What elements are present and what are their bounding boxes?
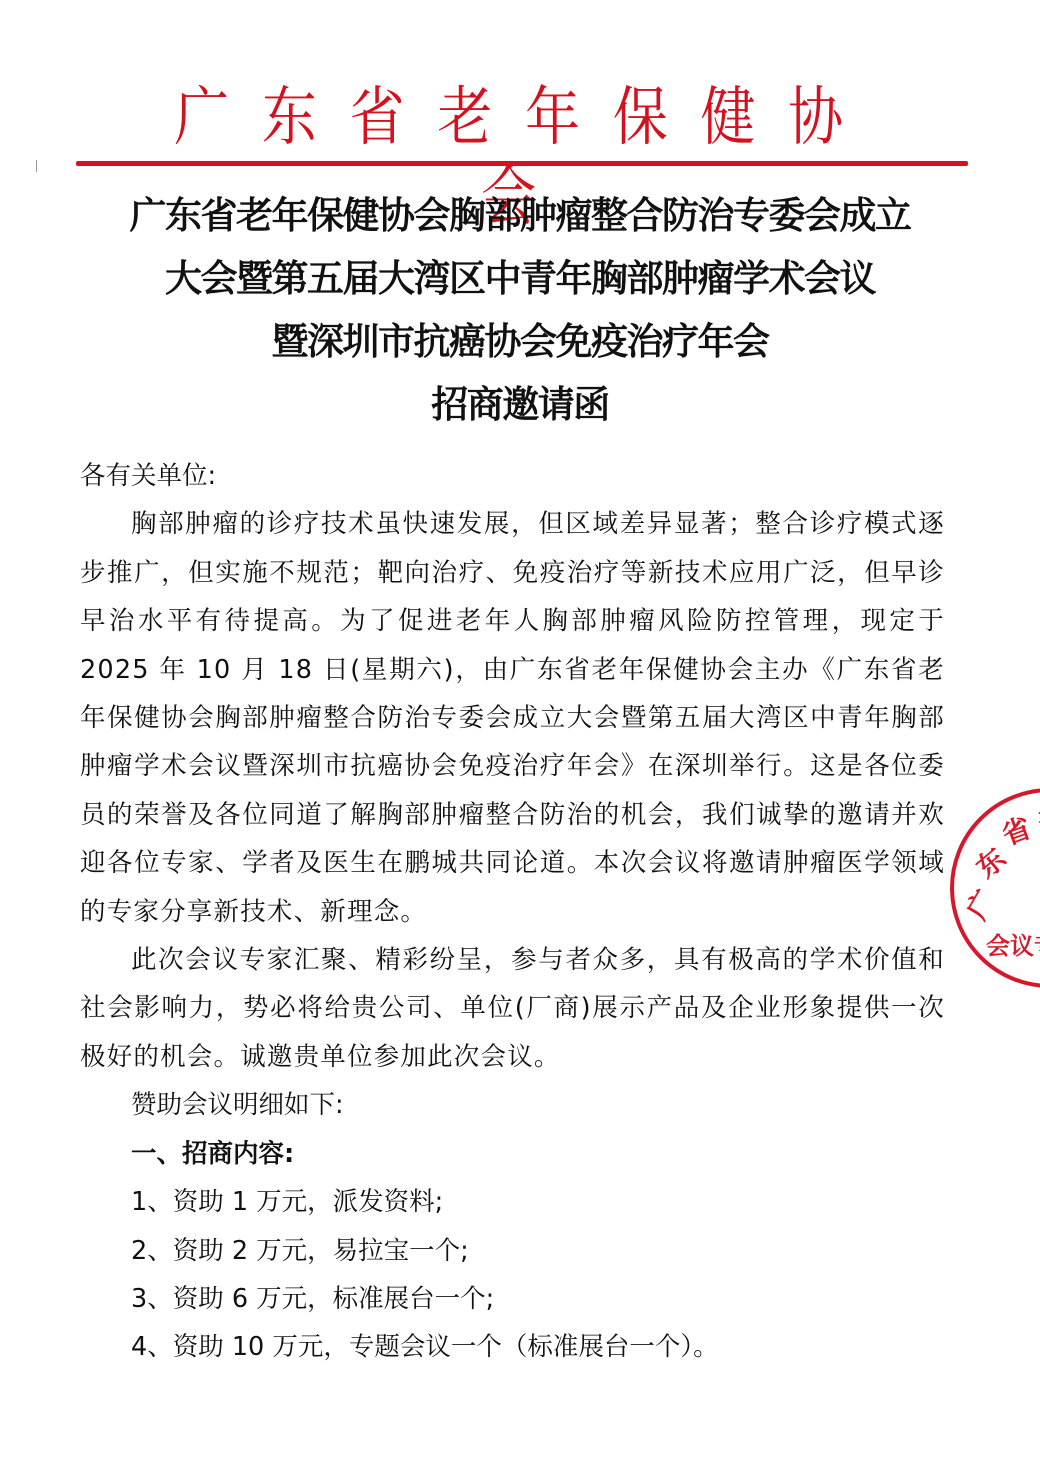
sponsor-intro: 赞助会议明细如下:	[80, 1081, 945, 1129]
section-heading: 一、招商内容:	[80, 1130, 945, 1178]
sponsor-item-3: 3、资助 6 万元，标准展台一个;	[80, 1275, 945, 1323]
document-body: 各有关单位: 胸部肿瘤的诊疗技术虽快速发展，但区域差异显著；整合诊疗模式逐步推广…	[80, 452, 945, 1372]
title-line-1: 广东省老年保健协会胸部肿瘤整合防治专委会成立	[60, 184, 980, 247]
title-line-2: 大会暨第五届大湾区中青年胸部肿瘤学术会议	[60, 247, 980, 310]
title-line-3: 暨深圳市抗癌协会免疫治疗年会	[60, 310, 980, 373]
sponsor-item-4: 4、资助 10 万元，专题会议一个（标准展台一个）。	[80, 1323, 945, 1371]
sponsor-item-2: 2、资助 2 万元，易拉宝一个;	[80, 1227, 945, 1275]
document-title: 广东省老年保健协会胸部肿瘤整合防治专委会成立 大会暨第五届大湾区中青年胸部肿瘤学…	[60, 184, 980, 436]
margin-mark	[36, 160, 37, 172]
seal-char-2: 东	[966, 838, 1013, 887]
salutation: 各有关单位:	[80, 452, 945, 500]
paragraph-value: 此次会议专家汇聚、精彩纷呈，参与者众多，具有极高的学术价值和社会影响力，势必将给…	[80, 936, 945, 1081]
official-seal-stamp: 广 东 省 老 会议专	[950, 788, 1040, 988]
paragraph-intro: 胸部肿瘤的诊疗技术虽快速发展，但区域差异显著；整合诊疗模式逐步推广，但实施不规范…	[80, 500, 945, 936]
seal-char-4: 老	[1036, 793, 1040, 835]
title-line-4: 招商邀请函	[60, 373, 980, 436]
seal-char-3: 省	[996, 806, 1036, 853]
letterhead-divider	[76, 161, 968, 166]
seal-char-1: 广	[956, 882, 1005, 926]
seal-bottom-text: 会议专	[986, 926, 1040, 961]
sponsor-item-1: 1、资助 1 万元，派发资料;	[80, 1178, 945, 1226]
